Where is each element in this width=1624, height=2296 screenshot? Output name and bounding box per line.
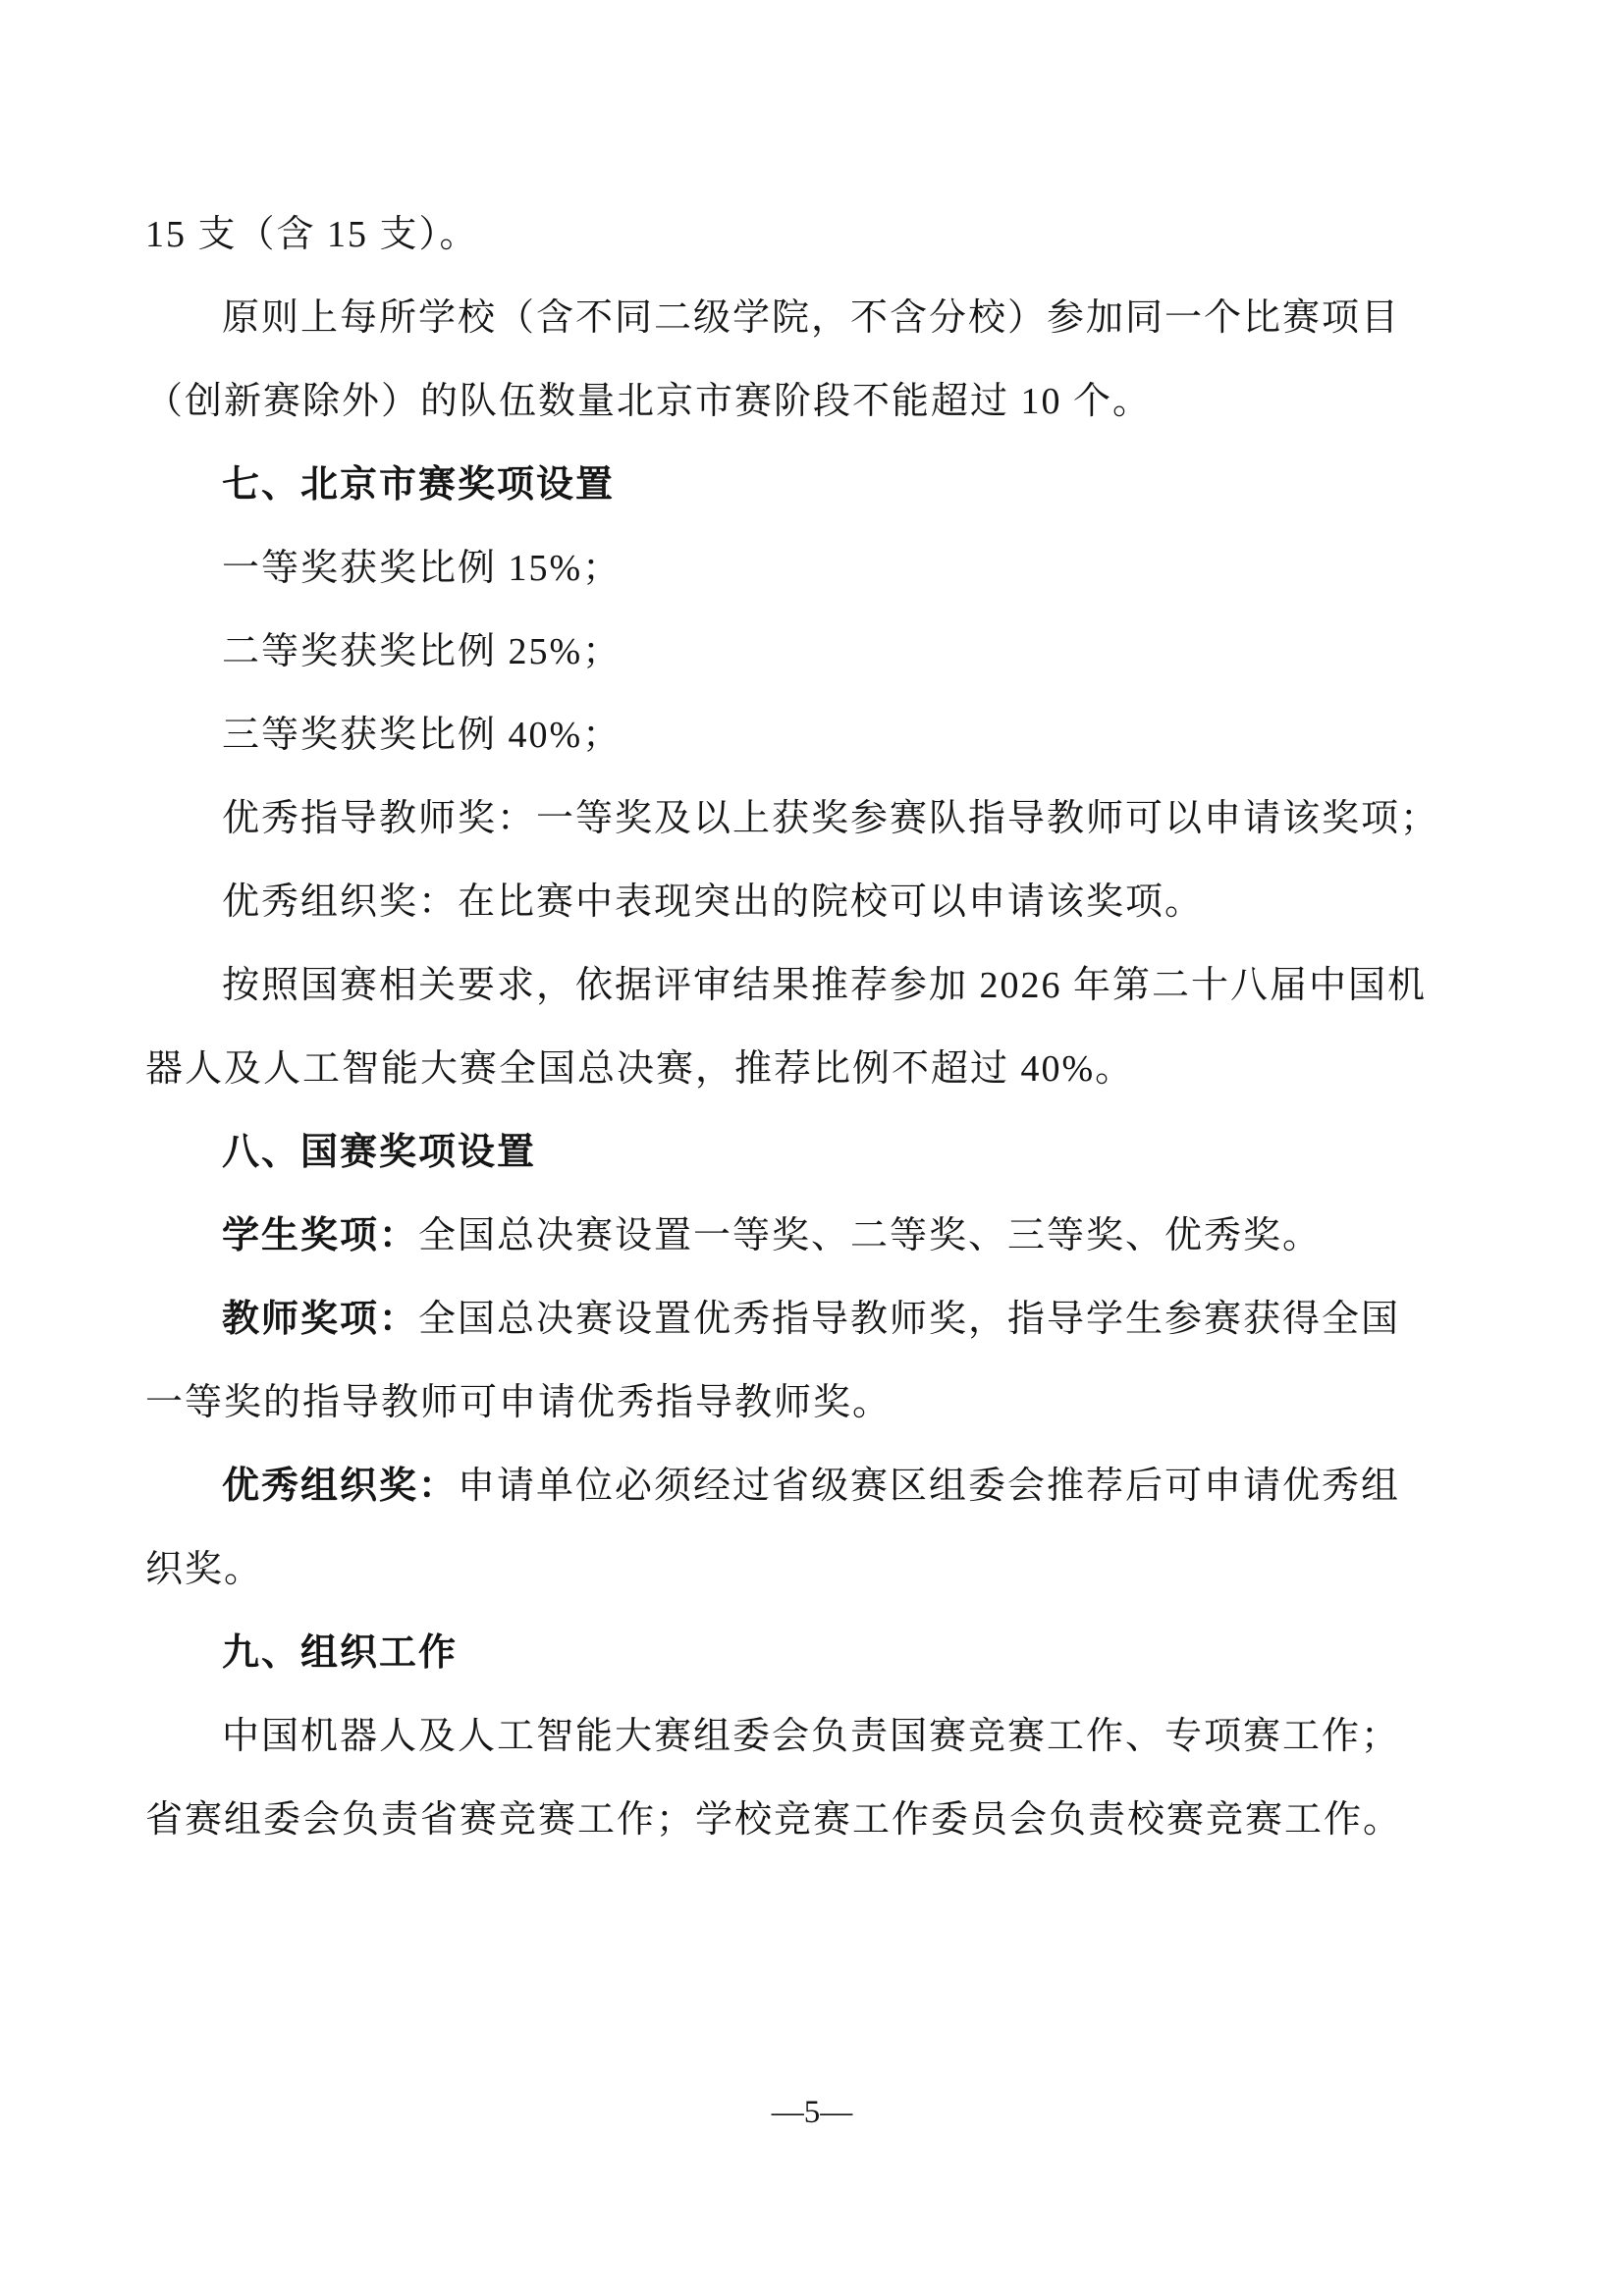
paragraph-text: 全国总决赛设置一等奖、二等奖、三等奖、优秀奖。 xyxy=(418,1215,1322,1256)
paragraph-line: 织奖。 xyxy=(145,1528,1479,1612)
paragraph-line: 原则上每所学校（含不同二级学院，不含分校）参加同一个比赛项目 xyxy=(145,277,1479,360)
paragraph-line: 三等奖获奖比例 40%； xyxy=(145,694,1479,777)
page-number: —5— xyxy=(0,2091,1624,2134)
paragraph-line: （创新赛除外）的队伍数量北京市赛阶段不能超过 10 个。 xyxy=(145,360,1479,444)
bold-run-in-label: 教师奖项： xyxy=(222,1299,418,1340)
paragraph-line: 一等奖的指导教师可申请优秀指导教师奖。 xyxy=(145,1362,1479,1445)
paragraph-line: 一等奖获奖比例 15%； xyxy=(145,527,1479,611)
paragraph-line: 中国机器人及人工智能大赛组委会负责国赛竞赛工作、专项赛工作； xyxy=(145,1695,1479,1779)
paragraph-line: 优秀组织奖：申请单位必须经过省级赛区组委会推荐后可申请优秀组 xyxy=(145,1445,1479,1528)
paragraph-line: 15 支（含 15 支）。 xyxy=(145,193,1479,277)
paragraph-line: 优秀指导教师奖：一等奖及以上获奖参赛队指导教师可以申请该奖项； xyxy=(145,777,1479,861)
bold-run-in-label: 优秀组织奖： xyxy=(222,1466,458,1507)
paragraph-text: 全国总决赛设置优秀指导教师奖，指导学生参赛获得全国 xyxy=(418,1299,1400,1340)
paragraph-line: 学生奖项：全国总决赛设置一等奖、二等奖、三等奖、优秀奖。 xyxy=(145,1195,1479,1278)
paragraph-line: 器人及人工智能大赛全国总决赛，推荐比例不超过 40%。 xyxy=(145,1028,1479,1111)
section-heading-8: 八、国赛奖项设置 xyxy=(145,1111,1479,1195)
document-page: 15 支（含 15 支）。 原则上每所学校（含不同二级学院，不含分校）参加同一个… xyxy=(0,0,1624,2296)
paragraph-line: 教师奖项：全国总决赛设置优秀指导教师奖，指导学生参赛获得全国 xyxy=(145,1278,1479,1362)
paragraph-line: 按照国赛相关要求，依据评审结果推荐参加 2026 年第二十八届中国机 xyxy=(145,944,1479,1028)
paragraph-text: 申请单位必须经过省级赛区组委会推荐后可申请优秀组 xyxy=(458,1466,1400,1507)
page-body: 15 支（含 15 支）。 原则上每所学校（含不同二级学院，不含分校）参加同一个… xyxy=(145,193,1479,1862)
section-heading-9: 九、组织工作 xyxy=(145,1612,1479,1695)
paragraph-line: 优秀组织奖：在比赛中表现突出的院校可以申请该奖项。 xyxy=(145,861,1479,944)
bold-run-in-label: 学生奖项： xyxy=(222,1215,418,1256)
paragraph-line: 省赛组委会负责省赛竞赛工作；学校竞赛工作委员会负责校赛竞赛工作。 xyxy=(145,1779,1479,1862)
paragraph-line: 二等奖获奖比例 25%； xyxy=(145,611,1479,694)
section-heading-7: 七、北京市赛奖项设置 xyxy=(145,444,1479,527)
